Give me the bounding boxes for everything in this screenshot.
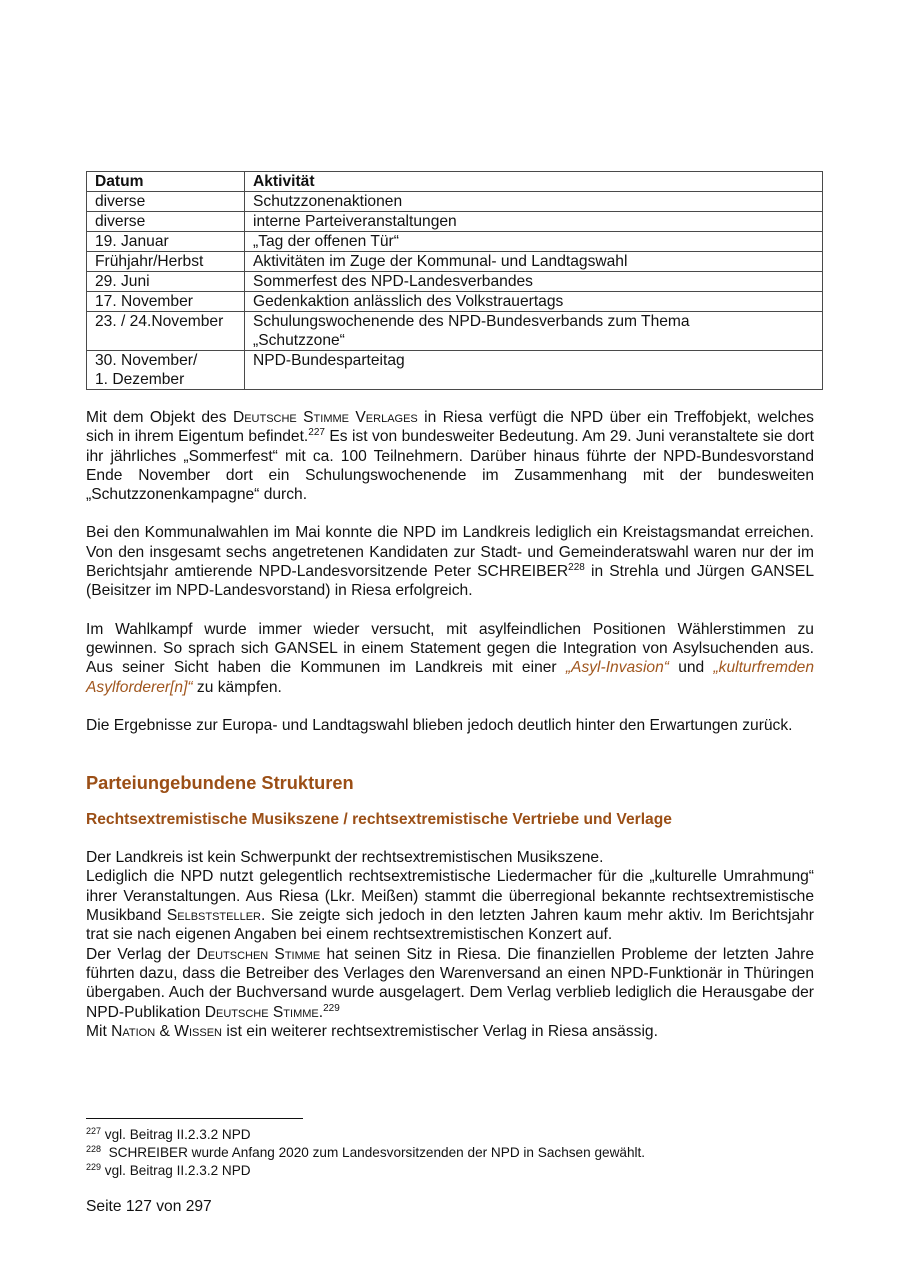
footnote-item: 227 vgl. Beitrag II.2.3.2 NPD bbox=[86, 1126, 645, 1144]
footnote-text: vgl. Beitrag II.2.3.2 NPD bbox=[101, 1127, 251, 1142]
date-line: 30. November/ bbox=[95, 352, 197, 369]
cell-date: 17. November bbox=[87, 292, 245, 312]
paragraph-kommunalwahlen: Bei den Kommunalwahlen im Mai konnte die… bbox=[86, 523, 814, 600]
footnote-item: 228 SCHREIBER wurde Anfang 2020 zum Land… bbox=[86, 1144, 645, 1162]
cell-activity: Gedenkaktion anlässlich des Volkstrauert… bbox=[245, 292, 823, 312]
paragraph-nation-wissen: Mit Nation & Wissen ist ein weiterer rec… bbox=[86, 1022, 814, 1041]
activities-table: Datum Aktivität diverse Schutzzonenaktio… bbox=[86, 171, 823, 390]
cell-date: diverse bbox=[87, 192, 245, 212]
cell-activity: Schutzzonenaktionen bbox=[245, 192, 823, 212]
paragraph-liedermacher: Lediglich die NPD nutzt gelegentlich rec… bbox=[86, 867, 814, 944]
cell-date: 23. / 24.November bbox=[87, 312, 245, 351]
text: und bbox=[669, 659, 714, 676]
paragraph-verlag: Der Verlag der Deutschen Stimme hat sein… bbox=[86, 945, 814, 1022]
table-header-row: Datum Aktivität bbox=[87, 172, 823, 192]
table-row: diverse interne Parteiveranstaltungen bbox=[87, 212, 823, 232]
cell-activity: „Tag der offenen Tür“ bbox=[245, 232, 823, 252]
page-number: Seite 127 von 297 bbox=[86, 1198, 212, 1216]
footnote-number: 227 bbox=[86, 1126, 101, 1136]
footnote-number: 229 bbox=[86, 1162, 101, 1172]
text: ist ein weiterer rechtsextremistischer V… bbox=[222, 1023, 658, 1040]
footnotes: 227 vgl. Beitrag II.2.3.2 NPD 228 SCHREI… bbox=[86, 1126, 645, 1181]
band-name: Selbststeller bbox=[167, 907, 261, 924]
cell-activity: Schulungswochenende des NPD-Bundesverban… bbox=[245, 312, 823, 351]
cell-date: Frühjahr/Herbst bbox=[87, 252, 245, 272]
activity-line: „Schutzzone“ bbox=[253, 332, 345, 349]
cell-activity: NPD-Bundesparteitag bbox=[245, 351, 823, 390]
paragraph-musikszene: Der Landkreis ist kein Schwerpunkt der r… bbox=[86, 848, 814, 867]
cell-activity: Aktivitäten im Zuge der Kommunal- und La… bbox=[245, 252, 823, 272]
table-row: 23. / 24.November Schulungswochenende de… bbox=[87, 312, 823, 351]
footnote-text: vgl. Beitrag II.2.3.2 NPD bbox=[101, 1163, 251, 1178]
footnote-number: 228 bbox=[86, 1144, 101, 1154]
paragraph-wahlkampf: Im Wahlkampf wurde immer wieder versucht… bbox=[86, 620, 814, 697]
text: zu kämpfen. bbox=[193, 679, 282, 696]
paragraph-ergebnisse: Die Ergebnisse zur Europa- und Landtagsw… bbox=[86, 716, 814, 735]
cell-activity: interne Parteiveranstaltungen bbox=[245, 212, 823, 232]
table-row: diverse Schutzzonenaktionen bbox=[87, 192, 823, 212]
text: Mit bbox=[86, 1023, 111, 1040]
table-row: 30. November/1. Dezember NPD-Bundesparte… bbox=[87, 351, 823, 390]
column-header-date: Datum bbox=[87, 172, 245, 192]
table-row: 29. Juni Sommerfest des NPD-Landesverban… bbox=[87, 272, 823, 292]
footnote-item: 229 vgl. Beitrag II.2.3.2 NPD bbox=[86, 1162, 645, 1180]
cell-date: 29. Juni bbox=[87, 272, 245, 292]
subsection-heading: Rechtsextremistische Musikszene / rechts… bbox=[86, 810, 814, 829]
footnote-ref[interactable]: 228 bbox=[568, 562, 585, 573]
quote: „Asyl-Invasion“ bbox=[566, 659, 669, 676]
publisher-name: Deutsche Stimme Verlages bbox=[233, 409, 418, 426]
footnote-ref[interactable]: 229 bbox=[323, 1003, 340, 1014]
table-row: Frühjahr/Herbst Aktivitäten im Zuge der … bbox=[87, 252, 823, 272]
publisher-name: Deutschen Stimme bbox=[196, 946, 320, 963]
date-line: 1. Dezember bbox=[95, 371, 184, 388]
footnote-divider bbox=[86, 1118, 303, 1119]
activity-line: Schulungswochenende des NPD-Bundesverban… bbox=[253, 313, 690, 330]
document-page: Datum Aktivität diverse Schutzzonenaktio… bbox=[86, 171, 814, 1041]
table-row: 19. Januar „Tag der offenen Tür“ bbox=[87, 232, 823, 252]
cell-activity: Sommerfest des NPD-Landesverbandes bbox=[245, 272, 823, 292]
table-row: 17. November Gedenkaktion anlässlich des… bbox=[87, 292, 823, 312]
cell-date: diverse bbox=[87, 212, 245, 232]
text: Mit dem Objekt des bbox=[86, 409, 233, 426]
music-section: Der Landkreis ist kein Schwerpunkt der r… bbox=[86, 848, 814, 1041]
section-heading: Parteiungebundene Strukturen bbox=[86, 773, 814, 792]
footnote-text: SCHREIBER wurde Anfang 2020 zum Landesvo… bbox=[101, 1145, 645, 1160]
text: Der Verlag der bbox=[86, 946, 196, 963]
publisher-name: Nation & Wissen bbox=[111, 1023, 222, 1040]
footnote-ref[interactable]: 227 bbox=[308, 427, 325, 438]
cell-date: 30. November/1. Dezember bbox=[87, 351, 245, 390]
cell-date: 19. Januar bbox=[87, 232, 245, 252]
paragraph-treffobjekt: Mit dem Objekt des Deutsche Stimme Verla… bbox=[86, 408, 814, 504]
column-header-activity: Aktivität bbox=[245, 172, 823, 192]
publication-name: Deutsche Stimme bbox=[205, 1004, 319, 1021]
